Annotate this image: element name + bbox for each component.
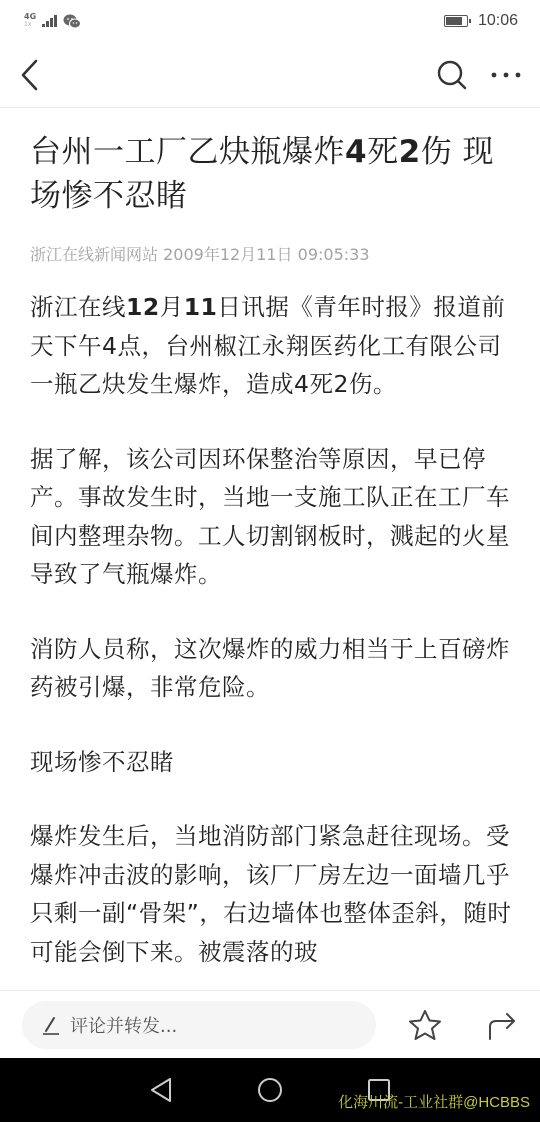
- more-button[interactable]: [490, 70, 522, 80]
- signal-bars-icon: [42, 15, 57, 27]
- title-part: 台州一工厂乙炔瓶爆炸: [30, 134, 345, 170]
- search-button[interactable]: [436, 59, 468, 91]
- clock: 10:06: [478, 12, 518, 30]
- network-indicator: 4G 1x: [24, 13, 36, 29]
- article-title: 台州一工厂乙炔瓶爆炸4死2伤 现场惨不忍睹: [30, 130, 512, 218]
- paragraph-text: 浙江在线: [30, 293, 126, 321]
- battery-icon: [444, 15, 468, 27]
- article-datetime: 2009年12月11日 09:05:33: [163, 245, 369, 264]
- comment-input[interactable]: 评论并转发...: [22, 1001, 376, 1049]
- app-bar: [0, 42, 540, 108]
- title-part: 2: [399, 134, 421, 170]
- paragraph-bold: 11: [184, 293, 218, 321]
- article-subheading: 现场惨不忍睹: [30, 743, 512, 782]
- star-icon: [408, 1009, 442, 1041]
- article-paragraph: 浙江在线12月11日讯据《青年时报》报道前天下午4点，台州椒江永翔医药化工有限公…: [30, 288, 512, 404]
- share-arrow-icon: [486, 1009, 518, 1041]
- article-source: 浙江在线新闻网站: [30, 245, 158, 264]
- network-sub-label: 1x: [24, 21, 36, 29]
- circle-home-icon: [257, 1077, 283, 1103]
- comment-bar: 评论并转发...: [0, 990, 540, 1058]
- screen: 4G 1x 10:06: [0, 0, 540, 1122]
- nav-back-button[interactable]: [149, 1077, 173, 1103]
- system-nav-bar: 化海川流-工业社群@HCBBS: [0, 1058, 540, 1122]
- article-content: 台州一工厂乙炔瓶爆炸4死2伤 现场惨不忍睹 浙江在线新闻网站 2009年12月1…: [30, 108, 512, 1007]
- title-part: 死: [367, 134, 399, 170]
- more-dots-icon: [490, 70, 522, 80]
- back-button[interactable]: [18, 58, 42, 92]
- article-meta: 浙江在线新闻网站 2009年12月11日 09:05:33: [30, 244, 512, 266]
- article-paragraph: 消防人员称，这次爆炸的威力相当于上百磅炸药被引爆，非常危险。: [30, 630, 512, 707]
- title-part: 4: [345, 134, 367, 170]
- comment-actions: [408, 1009, 518, 1041]
- article-paragraph: 据了解，该公司因环保整治等原因，早已停产。事故发生时，当地一支施工队正在工厂车间…: [30, 440, 512, 594]
- triangle-back-icon: [149, 1077, 173, 1103]
- favorite-button[interactable]: [408, 1009, 442, 1041]
- wechat-icon: [63, 14, 81, 29]
- pencil-icon: [42, 1015, 60, 1035]
- app-bar-actions: [436, 59, 522, 91]
- nav-home-button[interactable]: [257, 1077, 283, 1103]
- comment-placeholder: 评论并转发...: [70, 1012, 177, 1038]
- paragraph-bold: 12: [126, 293, 160, 321]
- watermark: 化海川流-工业社群@HCBBS: [338, 1091, 530, 1112]
- share-button[interactable]: [486, 1009, 518, 1041]
- article-paragraph: 爆炸发生后，当地消防部门紧急赶往现场。受爆炸冲击波的影响，该厂厂房左边一面墙几乎…: [30, 817, 512, 971]
- status-left: 4G 1x: [24, 13, 81, 29]
- search-icon: [436, 59, 468, 91]
- status-right: 10:06: [444, 12, 518, 30]
- paragraph-text: 月: [160, 293, 184, 321]
- network-label: 4G: [24, 13, 36, 21]
- status-bar: 4G 1x 10:06: [0, 0, 540, 42]
- article-body: 浙江在线12月11日讯据《青年时报》报道前天下午4点，台州椒江永翔医药化工有限公…: [30, 288, 512, 971]
- chevron-left-icon: [18, 58, 42, 92]
